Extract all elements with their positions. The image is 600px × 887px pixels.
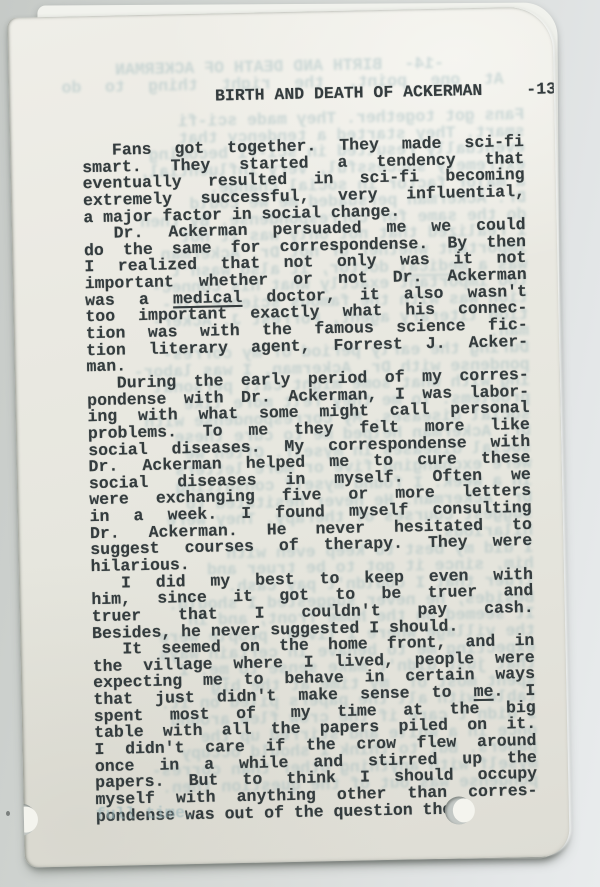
document-title: BIRTH AND DEATH OF ACKERMAN xyxy=(215,81,483,106)
page-number: -13- xyxy=(526,79,566,99)
page-header: BIRTH AND DEATH OF ACKERMAN-13- xyxy=(80,65,523,124)
body-text: Fans got together. They made sci-fismart… xyxy=(82,134,538,825)
punch-hole-left xyxy=(7,803,37,836)
document-page: -14-BIRTH AND DEATH OF ACKERMAN At one p… xyxy=(7,6,570,867)
photo-background: -14-BIRTH AND DEATH OF ACKERMAN At one p… xyxy=(0,0,600,887)
dust-speck xyxy=(6,811,10,816)
punch-hole-right xyxy=(445,796,474,825)
typed-content: BIRTH AND DEATH OF ACKERMAN-13- Fans got… xyxy=(80,65,538,825)
